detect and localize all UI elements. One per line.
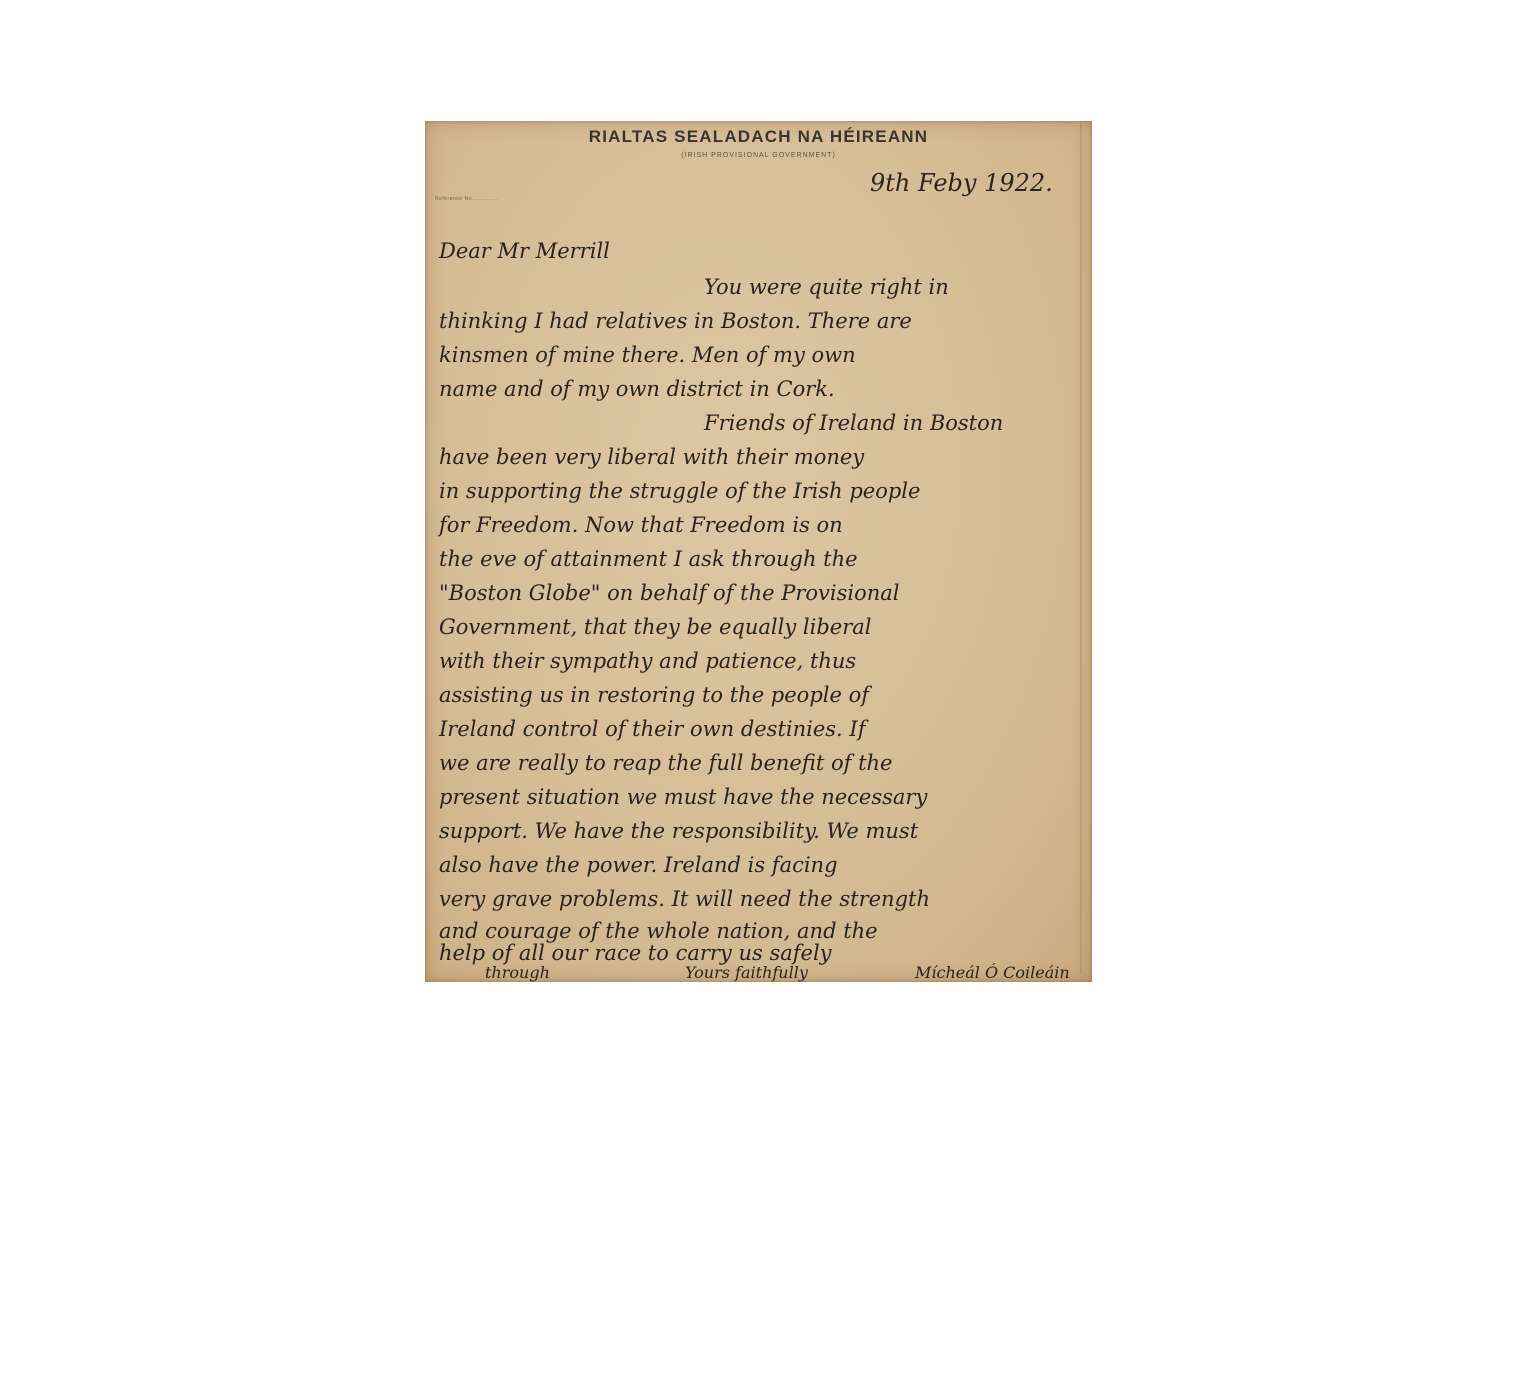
letter-line: for Freedom. Now that Freedom is on	[439, 511, 1079, 539]
letter-line: thinking I had relatives in Boston. Ther…	[439, 307, 1079, 335]
letter-page: RIALTAS SEALADACH NA HÉIREANN (IRISH PRO…	[425, 121, 1092, 982]
reference-number-label: Reference No..............	[435, 196, 498, 202]
letter-line: with their sympathy and patience, thus	[439, 647, 1079, 675]
letter-line: kinsmen of mine there. Men of my own	[439, 341, 1079, 369]
letterhead-title: RIALTAS SEALADACH NA HÉIREANN	[425, 127, 1092, 147]
salutation: Dear Mr Merrill	[439, 237, 1079, 265]
closing-last-word: through	[485, 959, 605, 987]
letter-line: support. We have the responsibility. We …	[439, 817, 1079, 845]
letter-line: present situation we must have the neces…	[439, 783, 1079, 811]
letter-line: You were quite right in	[439, 273, 1079, 301]
signature: Mícheál Ó Coileáin	[915, 959, 1085, 987]
letter-line: have been very liberal with their money	[439, 443, 1079, 471]
letter-line: Friends of Ireland in Boston	[439, 409, 1079, 437]
valediction: Yours faithfully	[685, 959, 865, 987]
letter-line: also have the power. Ireland is facing	[439, 851, 1079, 879]
letter-line: "Boston Globe" on behalf of the Provisio…	[439, 579, 1079, 607]
letter-line: we are really to reap the full benefit o…	[439, 749, 1079, 777]
letter-line: Government, that they be equally liberal	[439, 613, 1079, 641]
letter-line: Ireland control of their own destinies. …	[439, 715, 1079, 743]
letter-date: 9th Feby 1922.	[870, 169, 1053, 197]
letter-line: very grave problems. It will need the st…	[439, 885, 1079, 913]
letter-line: in supporting the struggle of the Irish …	[439, 477, 1079, 505]
letter-line: name and of my own district in Cork.	[439, 375, 1079, 403]
letter-line: the eve of attainment I ask through the	[439, 545, 1079, 573]
letter-line: assisting us in restoring to the people …	[439, 681, 1079, 709]
letterhead-subtitle: (IRISH PROVISIONAL GOVERNMENT)	[425, 152, 1092, 159]
